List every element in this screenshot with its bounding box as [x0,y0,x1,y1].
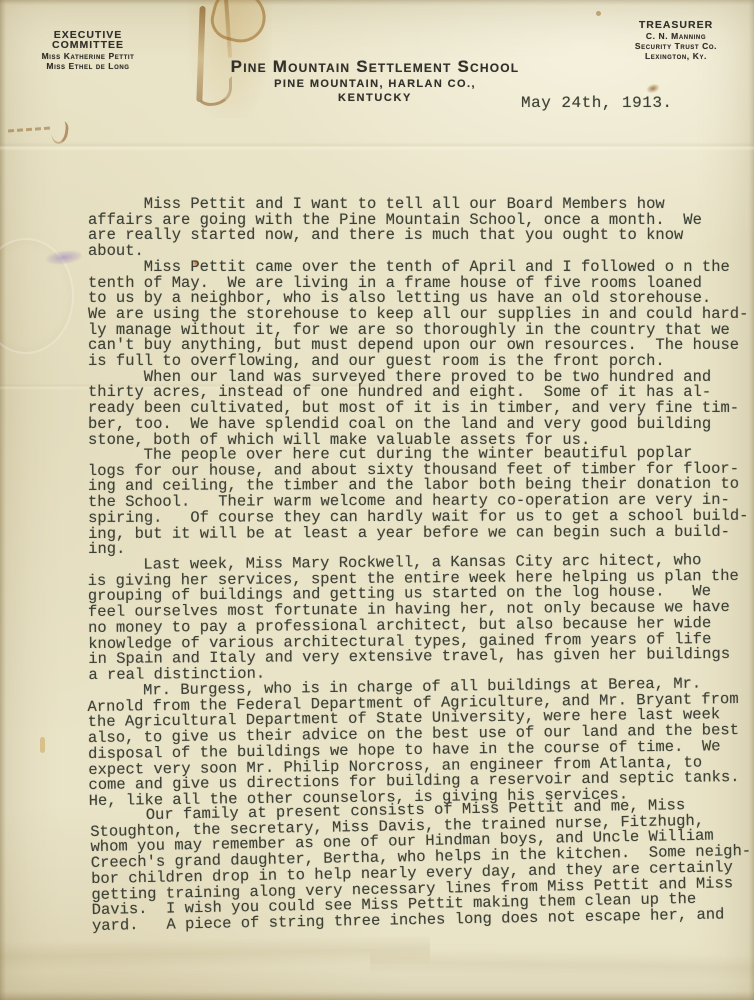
committee-member: Miss Ethel de Long [16,62,160,71]
executive-committee-block: EXECUTIVE COMMITTEE Miss Katherine Petti… [16,30,160,70]
letter-page: EXECUTIVE COMMITTEE Miss Katherine Petti… [0,0,754,1000]
letter-paragraph: Miss Pettit and I want to tell all our B… [88,197,751,260]
school-address-line2: KENTUCKY [195,93,555,104]
treasurer-company: Security Trust Co. [610,42,742,51]
stain-left-hook [50,120,69,145]
stain-top-blob [207,0,272,48]
school-name: Pine Mountain Settlement School [195,58,555,75]
treasurer-name: C. N. Manning [610,32,742,41]
letter-paragraph: The people over here cut during the wint… [88,446,752,558]
treasurer-title: TREASURER [610,20,742,30]
purple-smudge [45,249,82,266]
stain-top-streak [224,0,232,58]
paper-crease [0,142,754,151]
committee-member: Miss Katherine Pettit [16,52,160,61]
letter-paragraph: Last week, Miss Mary Rockwell, a Kansas … [88,553,752,684]
school-address-line1: PINE MOUNTAIN, HARLAN CO., [195,79,555,90]
brown-dot [596,11,601,16]
paper-wrinkle [0,934,430,972]
letter-paragraph: Miss Pettit came over the tenth of April… [88,260,751,370]
stain-left-dash [8,127,50,133]
letter-body: Miss Pettit and I want to tell all our B… [88,197,751,935]
embossed-seal-mark [0,238,74,354]
treasurer-location: Lexington, Ky. [610,52,742,61]
treasurer-block: TREASURER C. N. Manning Security Trust C… [610,20,742,60]
committee-title: EXECUTIVE COMMITTEE [16,30,160,50]
brown-speck [645,82,661,95]
yellow-dash [40,737,45,753]
school-name-block: Pine Mountain Settlement School PINE MOU… [195,58,555,104]
letter-paragraph: Mr. Burgess, who is in charge of all bui… [87,676,752,810]
letter-paragraph: When our land was surveyed there proved … [88,370,751,449]
letter-paragraph: Our family at present consists of Miss P… [90,797,753,935]
paper-wrinkle [370,949,754,982]
letter-date: May 24th, 1913. [521,94,673,112]
